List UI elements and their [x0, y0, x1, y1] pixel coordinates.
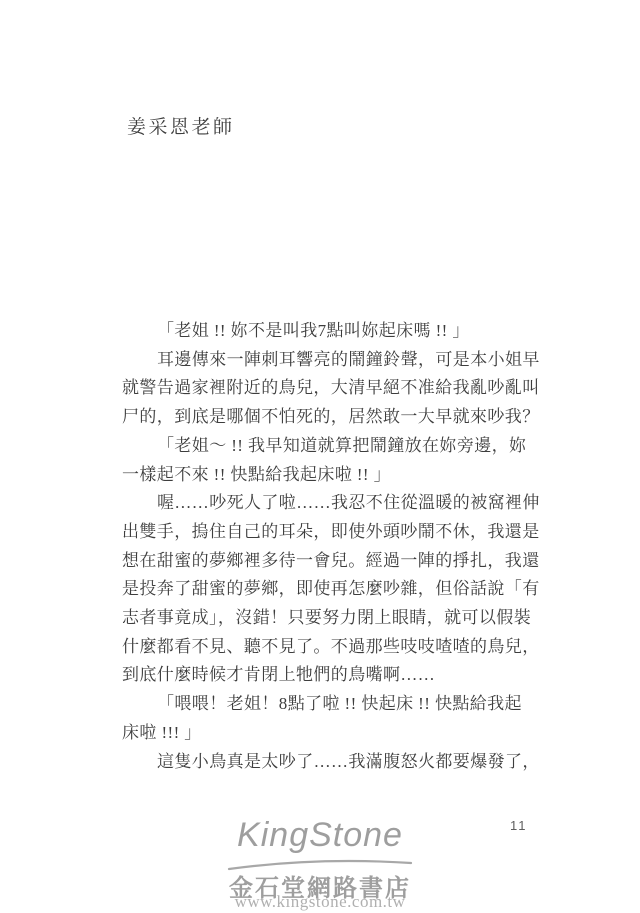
text-line: 志者事竟成」，沒錯！只要努力閉上眼睛，就可以假裝	[122, 604, 546, 633]
text-line: 「老姐～ !! 我早知道就算把鬧鐘放在妳旁邊，妳	[122, 432, 546, 461]
kingstone-url: www.kingstone.com.tw	[235, 892, 406, 912]
chapter-title: 姜采恩老師	[127, 112, 235, 139]
text-line: 床啦 !!! 」	[122, 719, 546, 748]
text-line: 想在甜蜜的夢鄉裡多待一會兒。經過一陣的掙扎，我還	[122, 547, 546, 576]
text-line: 到底什麼時候才肯閉上牠們的鳥嘴啊……	[122, 661, 546, 690]
text-line: 尸的，到底是哪個不怕死的，居然敢一大早就來吵我？	[122, 403, 546, 432]
body-text: 「老姐 !! 妳不是叫我7點叫妳起床嗎 !! 」 耳邊傳來一陣刺耳響亮的鬧鐘鈴聲…	[122, 317, 546, 776]
page-number: 11	[510, 818, 528, 833]
text-line: 喔……吵死人了啦……我忍不住從溫暖的被窩裡伸	[122, 489, 546, 518]
text-line: 是投奔了甜蜜的夢鄉，即使再怎麼吵雜，但俗話說「有	[122, 575, 546, 604]
text-line: 一樣起不來 !! 快點給我起床啦 !! 」	[122, 461, 546, 490]
text-line: 什麼都看不見、聽不見了。不過那些吱吱喳喳的鳥兒，	[122, 633, 546, 662]
text-line: 「喂喂！老姐！8點了啦 !! 快起床 !! 快點給我起	[122, 690, 546, 719]
text-line: 耳邊傳來一陣刺耳響亮的鬧鐘鈴聲，可是本小姐早	[122, 346, 546, 375]
kingstone-logo-text: KingStone	[237, 816, 403, 855]
text-line: 「老姐 !! 妳不是叫我7點叫妳起床嗎 !! 」	[122, 317, 546, 346]
text-line: 出雙手，摀住自己的耳朵，即使外頭吵鬧不休，我還是	[122, 518, 546, 547]
book-page: 姜采恩老師 「老姐 !! 妳不是叫我7點叫妳起床嗎 !! 」 耳邊傳來一陣刺耳響…	[0, 0, 640, 913]
text-line: 這隻小鳥真是太吵了……我滿腹怒火都要爆發了，	[122, 748, 546, 777]
text-line: 就警告過家裡附近的鳥兒，大清早絕不准給我亂吵亂叫	[122, 374, 546, 403]
